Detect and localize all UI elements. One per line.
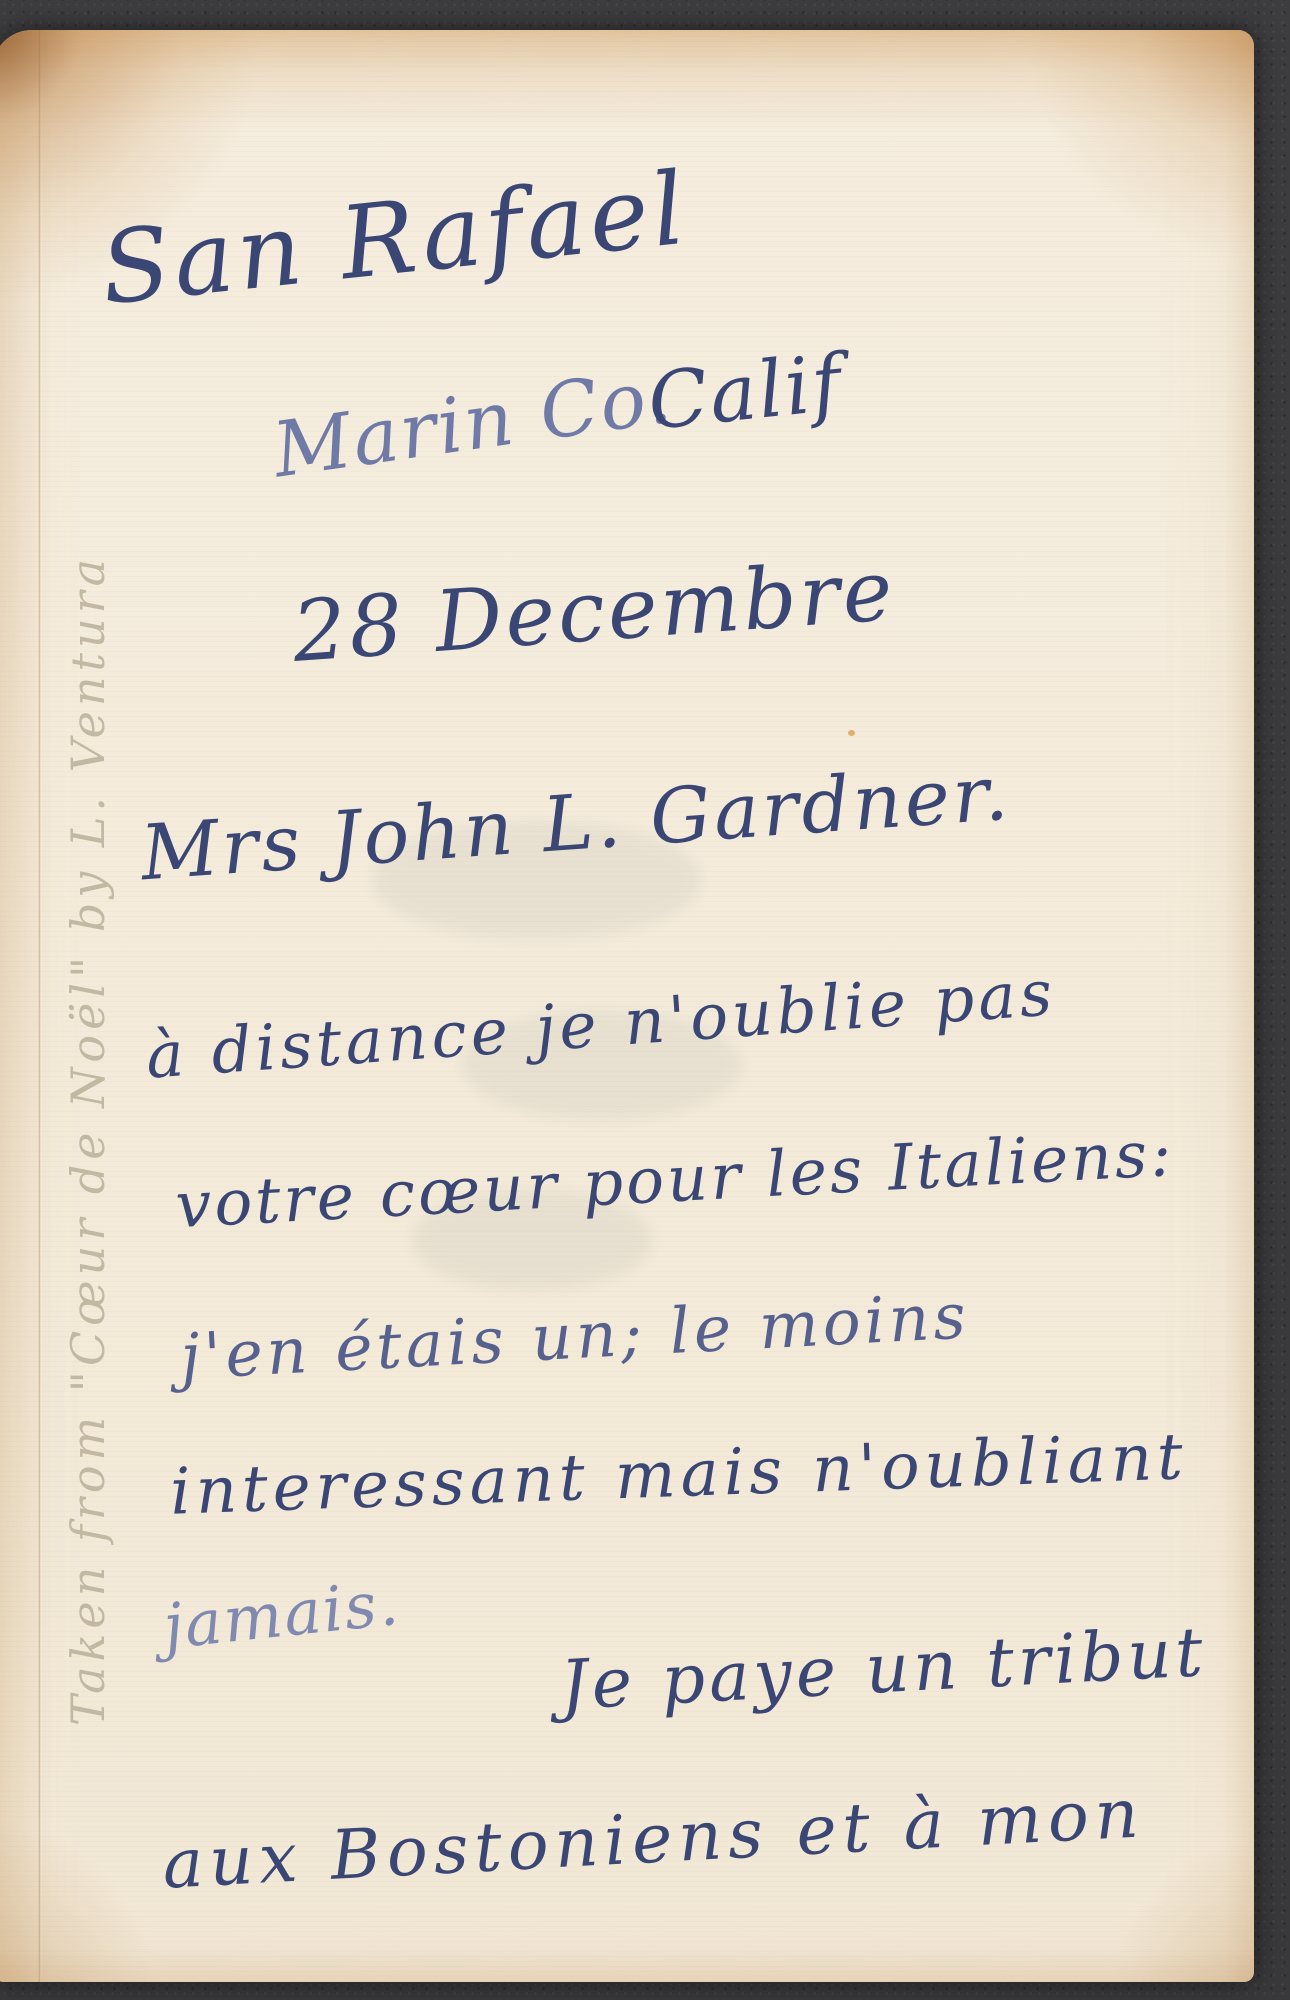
- scan-background: Taken from "Cœur de Noël" by L. Ventura …: [0, 0, 1290, 2000]
- fold-crease: [38, 30, 42, 1982]
- page-fold-shading: [0, 30, 52, 1982]
- margin-annotation-pencil: Taken from "Cœur de Noël" by L. Ventura: [61, 554, 115, 1726]
- paper-speck: [848, 730, 855, 736]
